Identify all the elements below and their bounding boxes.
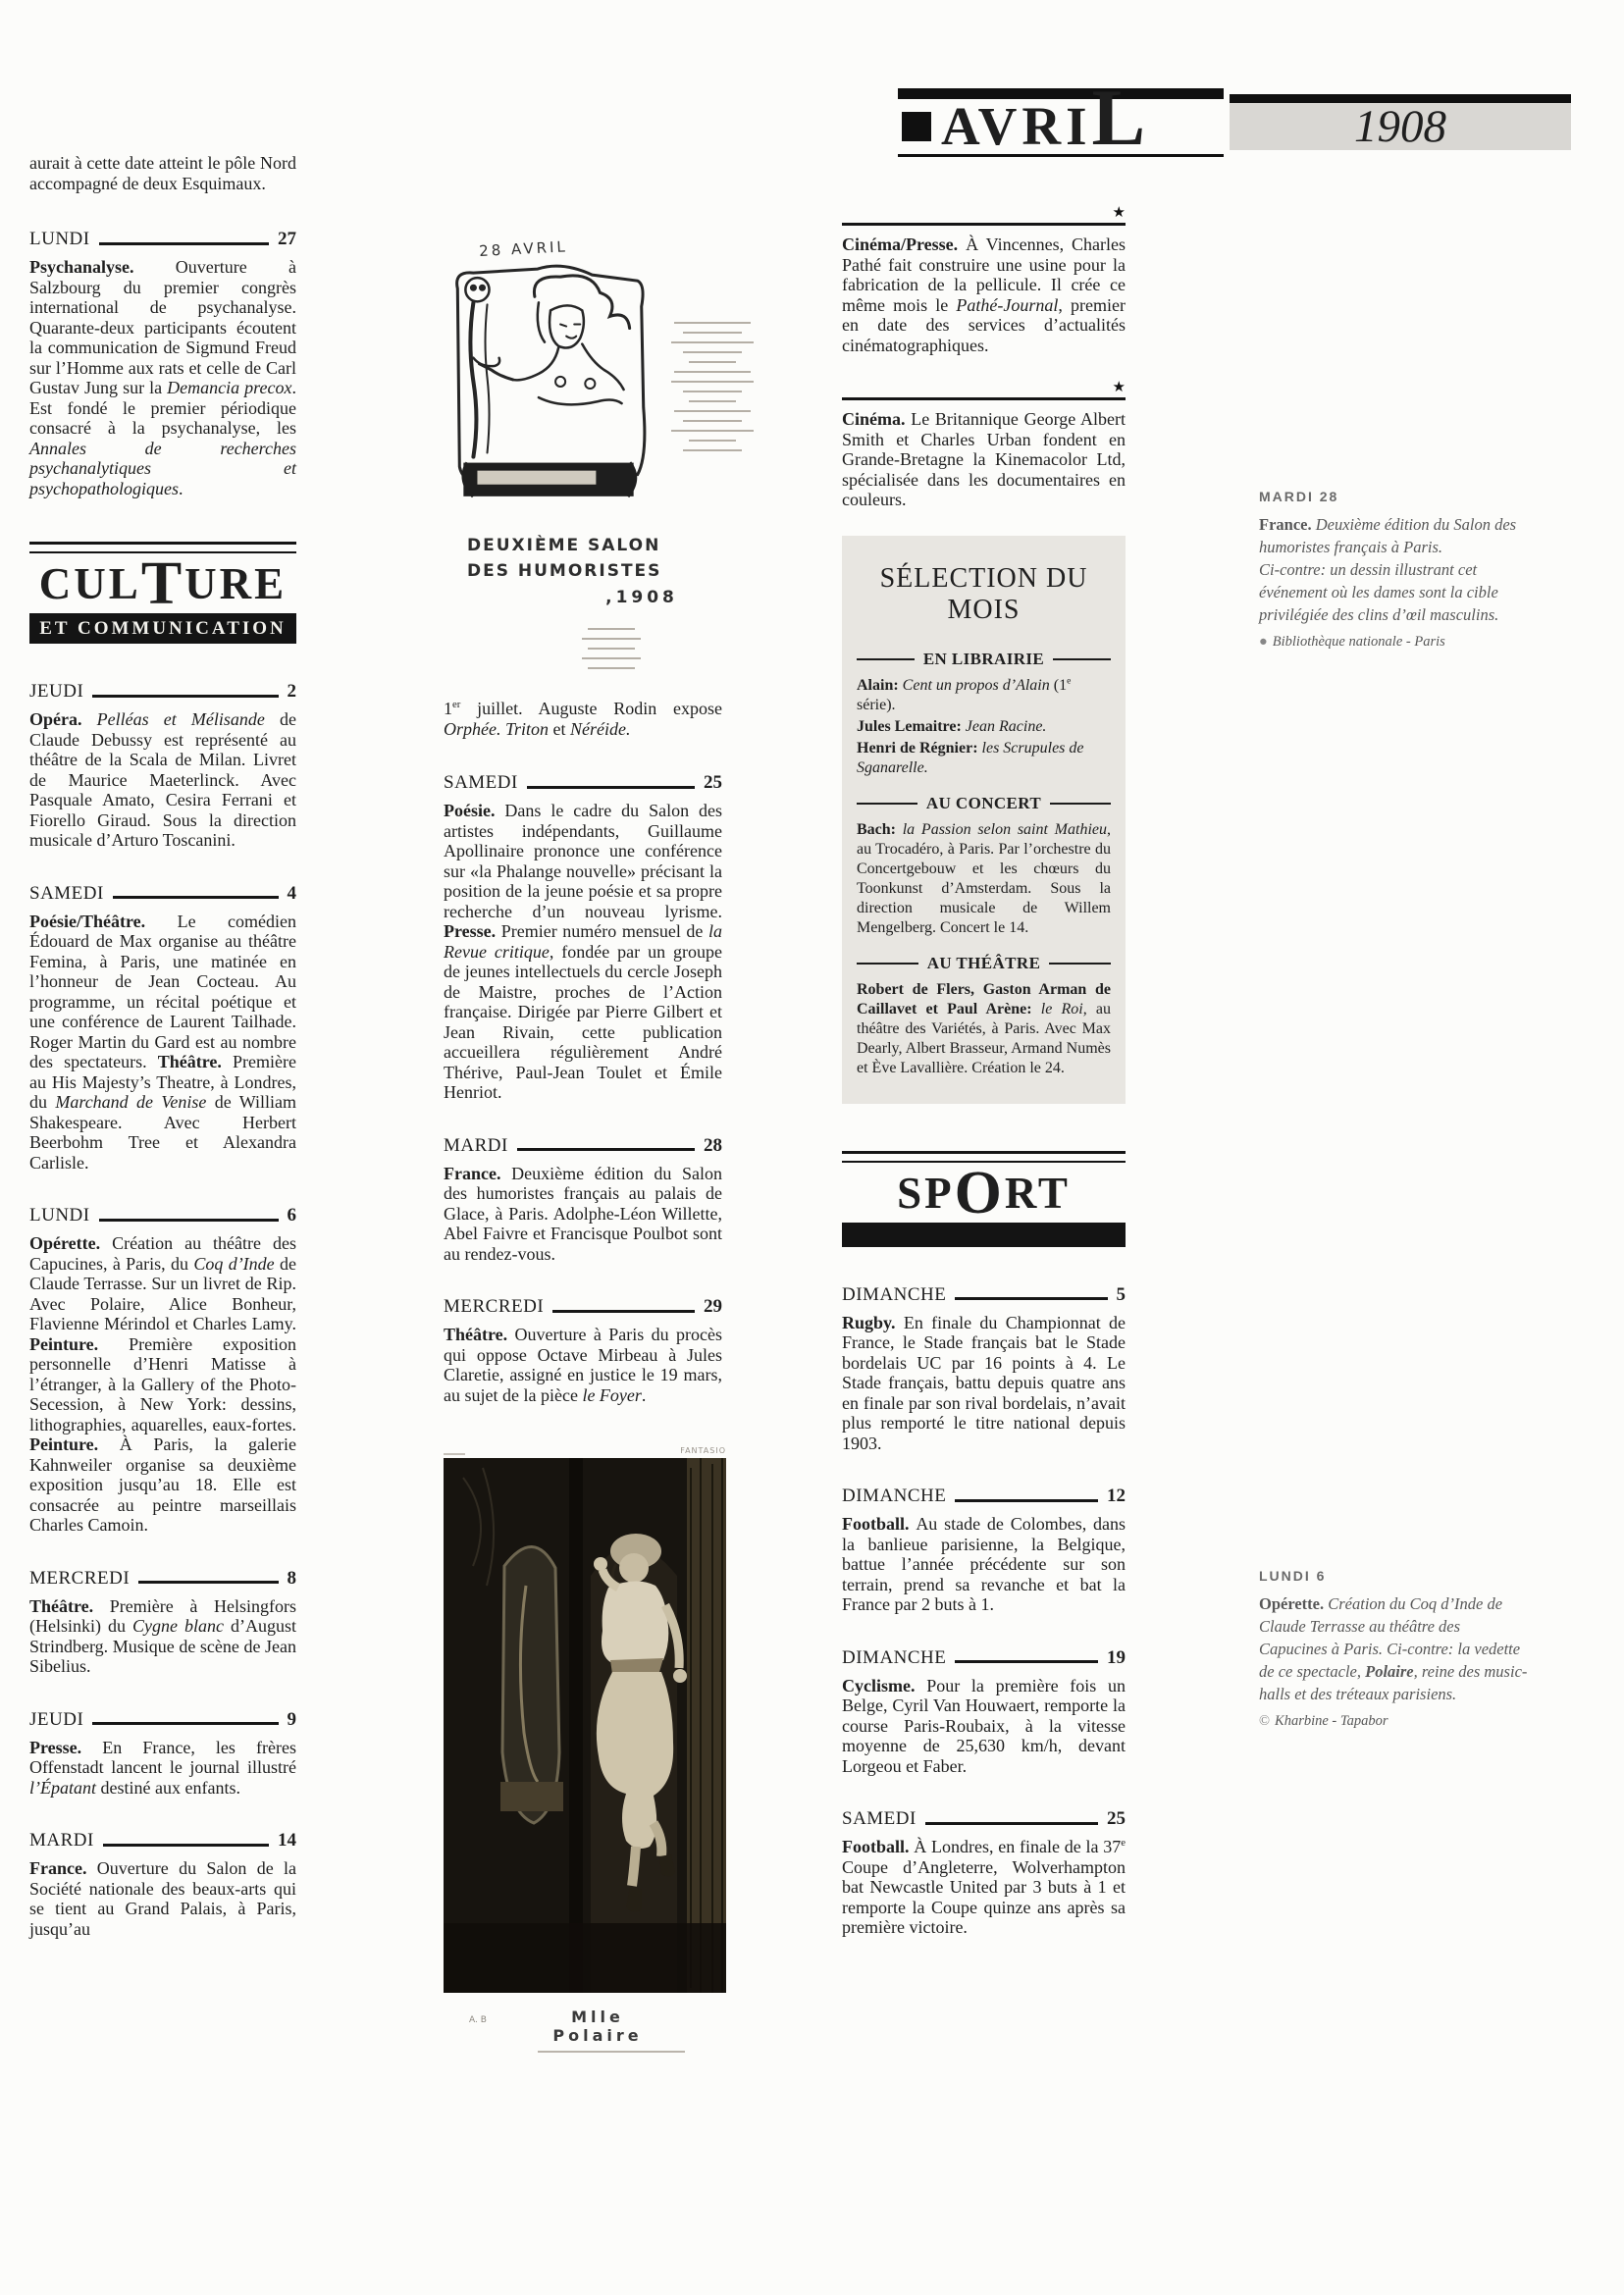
day-label: DIMANCHE xyxy=(842,1486,946,1507)
entry-dimanche-12: DIMANCHE 12 Football. Au stade de Colomb… xyxy=(842,1486,1126,1615)
day-number: 28 xyxy=(704,1135,722,1157)
day-rule xyxy=(552,1310,695,1313)
day-rule xyxy=(138,1581,278,1584)
day-label: MERCREDI xyxy=(444,1296,544,1318)
margin-note-mardi-28: MARDI 28 France. Deuxième édition du Sal… xyxy=(1259,489,1528,651)
day-number: 6 xyxy=(288,1205,297,1226)
day-number: 9 xyxy=(288,1709,297,1731)
margin-note-body: Opérette. Création du Coq d’Inde de Clau… xyxy=(1259,1592,1528,1705)
credit-text: Bibliothèque nationale - Paris xyxy=(1273,634,1445,650)
polaire-photo-figure: FANTASIO xyxy=(444,1446,726,2053)
day-heading: JEUDI 9 xyxy=(29,1709,296,1731)
heading-rule xyxy=(857,803,917,805)
selection-item: Henri de Régnier: les Scrupules de Sgana… xyxy=(857,739,1111,778)
credit-text: Kharbine - Tapabor xyxy=(1275,1713,1388,1729)
day-heading: SAMEDI 25 xyxy=(842,1808,1126,1830)
selection-section-theatre: AU THÉÂTRE Robert de Flers, Gaston Arman… xyxy=(857,954,1111,1078)
day-number: 27 xyxy=(278,229,296,250)
day-label: JEUDI xyxy=(29,1709,83,1731)
entry-body: Opéra. Pelléas et Mélisande de Claude De… xyxy=(29,709,296,851)
day-heading: LUNDI 27 xyxy=(29,229,296,250)
heading-rule xyxy=(857,963,918,965)
entry-mercredi-29: MERCREDI 29 Théâtre. Ouverture à Paris d… xyxy=(444,1296,722,1405)
entry-mardi-14: MARDI 14 France. Ouverture du Salon de l… xyxy=(29,1830,296,1939)
day-label: SAMEDI xyxy=(444,772,518,794)
poster-fine-print xyxy=(667,259,758,521)
entry-jeudi-9: JEUDI 9 Presse. En France, les frères Of… xyxy=(29,1709,296,1799)
day-rule xyxy=(99,1219,279,1222)
entry-body: Opérette. Création au théâtre des Capuci… xyxy=(29,1233,296,1536)
sport-title-post: RT xyxy=(1005,1169,1071,1218)
day-rule xyxy=(925,1822,1098,1825)
rodin-continuation-text: 1er juillet. Auguste Rodin expose Orphée… xyxy=(444,699,722,739)
day-label: MARDI xyxy=(444,1135,508,1157)
heading-rule xyxy=(857,658,915,660)
poster-drawing xyxy=(444,259,652,521)
month-title: AVRIL xyxy=(941,104,1145,150)
selection-section-heading: AU THÉÂTRE xyxy=(857,954,1111,973)
day-number: 25 xyxy=(1107,1808,1126,1830)
column-middle: 28 AVRIL xyxy=(444,234,722,2053)
year-label: 1908 xyxy=(1230,103,1571,150)
selection-section-librairie: EN LIBRAIRIE Alain: Cent un propos d’Ala… xyxy=(857,650,1111,778)
day-heading: DIMANCHE 12 xyxy=(842,1486,1126,1507)
star-divider xyxy=(842,223,1126,226)
salon-humoristes-poster: 28 AVRIL xyxy=(444,234,816,669)
entry-body: Théâtre. Première à Helsingfors (Helsink… xyxy=(29,1596,296,1677)
day-rule xyxy=(517,1148,695,1151)
photo-top-labels: FANTASIO xyxy=(444,1446,726,1455)
day-label: DIMANCHE xyxy=(842,1284,946,1306)
entry-cinema: ★ Cinéma. Le Britannique George Albert S… xyxy=(842,381,1126,510)
month-title-text: AVRI xyxy=(941,96,1091,156)
sport-title-big-letter: O xyxy=(955,1160,1005,1226)
day-label: SAMEDI xyxy=(29,883,104,905)
day-rule xyxy=(955,1660,1098,1663)
poster-caption-line2: DES HUMORISTES xyxy=(467,558,816,584)
photo-caption: A. B Mlle Polaire xyxy=(444,2008,726,2045)
day-rule xyxy=(113,896,279,899)
entry-body: Football. À Londres, en finale de la 37e… xyxy=(842,1837,1126,1938)
entry-mercredi-8: MERCREDI 8 Théâtre. Première à Helsingfo… xyxy=(29,1568,296,1677)
photo-top-mark xyxy=(444,1453,465,1455)
culture-title: CULTURE xyxy=(29,561,296,607)
day-label: SAMEDI xyxy=(842,1808,917,1830)
selection-section-heading: EN LIBRAIRIE xyxy=(857,650,1111,669)
entry-body: Presse. En France, les frères Offenstadt… xyxy=(29,1738,296,1799)
photo-caption-title: Mlle Polaire xyxy=(534,2008,661,2045)
selection-title: SÉLECTION DU MOIS xyxy=(857,563,1111,626)
selection-section-concert: AU CONCERT Bach: la Passion selon saint … xyxy=(857,794,1111,938)
day-heading: SAMEDI 25 xyxy=(444,772,722,794)
entry-mardi-28: MARDI 28 France. Deuxième édition du Sal… xyxy=(444,1135,722,1265)
margin-note-credit: ●Bibliothèque nationale - Paris xyxy=(1259,634,1528,651)
day-heading: MARDI 14 xyxy=(29,1830,296,1852)
culture-section-header: CULTURE ET COMMUNICATION xyxy=(29,542,296,644)
culture-title-pre: CUL xyxy=(39,559,141,608)
heading-text: AU THÉÂTRE xyxy=(927,954,1041,973)
day-rule xyxy=(103,1844,269,1847)
day-number: 25 xyxy=(704,772,722,794)
entry-body: Poésie. Dans le cadre du Salon des artis… xyxy=(444,801,722,1103)
margin-note-date: MARDI 28 xyxy=(1259,489,1528,504)
selection-du-mois-box: SÉLECTION DU MOIS EN LIBRAIRIE Alain: Ce… xyxy=(842,536,1126,1104)
sport-title: SPORT xyxy=(842,1171,1126,1217)
polaire-photo xyxy=(444,1458,726,1993)
entry-body: France. Deuxième édition du Salon des hu… xyxy=(444,1164,722,1265)
day-label: MERCREDI xyxy=(29,1568,130,1590)
entry-samedi-25: SAMEDI 25 Poésie. Dans le cadre du Salon… xyxy=(444,772,722,1103)
entry-samedi-4: SAMEDI 4 Poésie/Théâtre. Le comédien Édo… xyxy=(29,883,296,1174)
month-title-big-letter: L xyxy=(1091,73,1145,162)
credit-bullet-icon: ● xyxy=(1259,634,1268,650)
day-heading: SAMEDI 4 xyxy=(29,883,296,905)
culture-title-post: URE xyxy=(184,559,287,608)
entry-body: Cyclisme. Pour la première fois un Belge… xyxy=(842,1676,1126,1777)
selection-item: Robert de Flers, Gaston Arman de Caillav… xyxy=(857,980,1111,1078)
day-label: LUNDI xyxy=(29,229,90,250)
entry-jeudi-2: JEUDI 2 Opéra. Pelléas et Mélisande de C… xyxy=(29,681,296,851)
poster-caption: DEUXIÈME SALON DES HUMORISTES ,1908 xyxy=(467,533,816,610)
margin-note-body: France. Deuxième édition du Salon des hu… xyxy=(1259,513,1528,626)
day-label: JEUDI xyxy=(29,681,83,703)
selection-item: Bach: la Passion selon saint Mathieu, au… xyxy=(857,820,1111,938)
margin-note-date: LUNDI 6 xyxy=(1259,1568,1528,1584)
entry-body: Cinéma/Presse. À Vincennes, Charles Path… xyxy=(842,235,1126,355)
intro-continuation-text: aurait à cette date atteint le pôle Nord… xyxy=(29,153,296,193)
entry-body: Théâtre. Ouverture à Paris du procès qui… xyxy=(444,1325,722,1405)
margin-note-credit: ©Kharbine - Tapabor xyxy=(1259,1713,1528,1730)
day-heading: LUNDI 6 xyxy=(29,1205,296,1226)
credit-copyright-icon: © xyxy=(1259,1713,1270,1729)
day-rule xyxy=(955,1499,1098,1502)
entry-body: Poésie/Théâtre. Le comédien Édouard de M… xyxy=(29,912,296,1174)
photo-source-label: FANTASIO xyxy=(680,1446,726,1455)
day-number: 19 xyxy=(1107,1647,1126,1669)
day-rule xyxy=(92,1722,278,1725)
day-heading: MERCREDI 8 xyxy=(29,1568,296,1590)
day-number: 8 xyxy=(288,1568,297,1590)
day-label: LUNDI xyxy=(29,1205,90,1226)
entry-body: France. Ouverture du Salon de la Société… xyxy=(29,1858,296,1939)
margin-note-lundi-6: LUNDI 6 Opérette. Création du Coq d’Inde… xyxy=(1259,1568,1528,1730)
sport-black-bar xyxy=(842,1223,1126,1247)
day-heading: MARDI 28 xyxy=(444,1135,722,1157)
poster-illustration-icon xyxy=(444,259,652,516)
photo-credit-mark: A. B xyxy=(444,2015,534,2025)
sport-title-pre: SP xyxy=(897,1169,955,1218)
poster-date-handwriting: 28 AVRIL xyxy=(479,225,816,260)
day-rule xyxy=(527,786,695,789)
entry-lundi-6: LUNDI 6 Opérette. Création au théâtre de… xyxy=(29,1205,296,1536)
poster-credit-fine-print xyxy=(557,628,665,669)
day-rule xyxy=(955,1297,1107,1300)
culture-title-big-letter: T xyxy=(141,550,184,617)
day-number: 2 xyxy=(288,681,297,703)
day-heading: DIMANCHE 5 xyxy=(842,1284,1126,1306)
poster-caption-year: ,1908 xyxy=(467,585,816,610)
culture-subtitle-bar: ET COMMUNICATION xyxy=(29,613,296,644)
day-number: 5 xyxy=(1117,1284,1126,1306)
heading-rule xyxy=(1049,963,1111,965)
selection-item: Jules Lemaitre: Jean Racine. xyxy=(857,717,1111,737)
entry-dimanche-19: DIMANCHE 19 Cyclisme. Pour la première f… xyxy=(842,1647,1126,1777)
day-label: DIMANCHE xyxy=(842,1647,946,1669)
entry-body: Football. Au stade de Colombes, dans la … xyxy=(842,1514,1126,1615)
entry-cinema-presse: ★ Cinéma/Presse. À Vincennes, Charles Pa… xyxy=(842,206,1126,355)
header-square-bullet xyxy=(902,112,931,141)
photo-caption-fine-print xyxy=(538,2051,685,2053)
sport-section-header: SPORT xyxy=(842,1151,1126,1247)
day-heading: JEUDI 2 xyxy=(29,681,296,703)
entry-dimanche-5: DIMANCHE 5 Rugby. En finale du Championn… xyxy=(842,1284,1126,1454)
heading-text: EN LIBRAIRIE xyxy=(923,650,1044,669)
entry-samedi-25-sport: SAMEDI 25 Football. À Londres, en finale… xyxy=(842,1808,1126,1938)
day-number: 14 xyxy=(278,1830,296,1852)
star-divider xyxy=(842,397,1126,400)
day-number: 29 xyxy=(704,1296,722,1318)
day-heading: MERCREDI 29 xyxy=(444,1296,722,1318)
column-right: ★ Cinéma/Presse. À Vincennes, Charles Pa… xyxy=(842,206,1126,1970)
day-rule xyxy=(92,695,278,698)
heading-rule xyxy=(1050,803,1111,805)
selection-section-heading: AU CONCERT xyxy=(857,794,1111,813)
magazine-page: AVRIL 1908 aurait à cette date atteint l… xyxy=(0,0,1624,2295)
day-number: 12 xyxy=(1107,1486,1126,1507)
day-label: MARDI xyxy=(29,1830,94,1852)
selection-item: Alain: Cent un propos d’Alain (1e série)… xyxy=(857,676,1111,715)
star-icon: ★ xyxy=(842,206,1126,221)
day-number: 4 xyxy=(288,883,297,905)
day-heading: DIMANCHE 19 xyxy=(842,1647,1126,1669)
heading-text: AU CONCERT xyxy=(926,794,1041,813)
heading-rule xyxy=(1053,658,1111,660)
entry-lundi-27: LUNDI 27 Psychanalyse. Ouverture à Salzb… xyxy=(29,229,296,498)
column-left: aurait à cette date atteint le pôle Nord… xyxy=(29,153,296,1971)
year-header: 1908 xyxy=(1230,94,1571,150)
entry-body: Psychanalyse. Ouverture à Salzbourg du p… xyxy=(29,257,296,498)
entry-body: Rugby. En finale du Championnat de Franc… xyxy=(842,1313,1126,1454)
entry-body: Cinéma. Le Britannique George Albert Smi… xyxy=(842,409,1126,510)
poster-caption-line1: DEUXIÈME SALON xyxy=(467,533,816,558)
month-header: AVRIL xyxy=(898,88,1224,157)
day-rule xyxy=(99,242,269,245)
star-icon: ★ xyxy=(842,381,1126,395)
